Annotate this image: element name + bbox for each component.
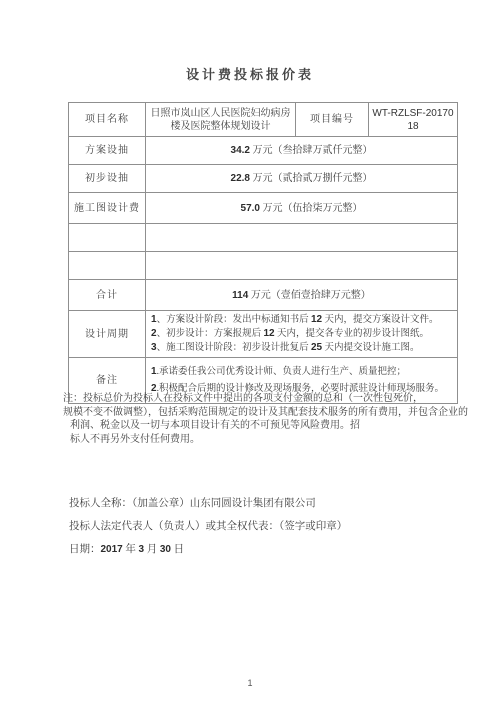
table-row-scheme-fee: 方案设抽 34.2 万元（叁拾肆万贰仟元整） (69, 137, 458, 165)
preliminary-fee-value: 22.8 万元（贰拾贰万捌仟元整） (146, 165, 458, 193)
period-line-2: 2、初步设计：方案报规后 12 天内，提交各专业的初步设计图纸。 (151, 327, 452, 341)
representative-line: 投标人法定代表人（负责人）或其全权代表：（签字或印章） (69, 515, 469, 538)
total-amount: 114 (232, 290, 248, 301)
project-name-label: 项目名称 (69, 103, 146, 137)
empty-cell-label-1 (69, 224, 146, 252)
table-row-empty-1 (69, 224, 458, 252)
note-paragraph: 注：投标总价为投标人在投标文件中提出的各项支付金额的总和（一次性包死价， 规模不… (63, 392, 483, 446)
project-number-code: WT-RZLSF-2017018 (372, 108, 453, 132)
period-line-2-post: 天内，提交各专业的初步设计图纸。 (275, 329, 429, 339)
page-number: 1 (0, 678, 500, 688)
period-line-3-days: 25 (311, 342, 322, 353)
table-row-construction-fee: 施工图设计费 57.0 万元（伍拾柒万元整） (69, 193, 458, 224)
page-title: 设计费投标报价表 (0, 64, 500, 83)
table-row-total: 合计 114 万元（壹佰壹拾肆万元整） (69, 280, 458, 311)
construction-fee-amount: 57.0 (241, 203, 260, 214)
scheme-fee-amount: 34.2 (231, 145, 250, 156)
date-year: 2017 (101, 544, 123, 555)
project-number-value: WT-RZLSF-2017018 (369, 103, 458, 137)
bidder-name-line: 投标人全称：（加盖公章）山东同圆设计集团有限公司 (69, 492, 469, 515)
table-row-empty-2 (69, 252, 458, 280)
table-row-design-period: 设计周期 1、方案设计阶段：发出中标通知书后 12 天内，提交方案设计文件。 2… (69, 311, 458, 358)
construction-fee-text: 万元（伍拾柒万元整） (262, 203, 362, 214)
date-year-unit: 年 (123, 544, 139, 555)
note-line-2: 规模不变不做调整），包括采购范围规定的设计及其配套技术服务的所有费用，并包含企业… (63, 406, 483, 420)
note-line-3: 利润、税金以及一切与本项目设计有关的不可预见等风险费用。招 (70, 419, 483, 433)
preliminary-fee-label: 初步设抽 (69, 165, 146, 193)
preliminary-fee-amount: 22.8 (231, 173, 250, 184)
date-day-unit: 日 (171, 544, 184, 555)
total-value: 114 万元（壹佰壹拾肆万元整） (146, 280, 458, 311)
preliminary-fee-text: 万元（贰拾贰万捌仟元整） (252, 173, 372, 184)
table-row-project: 项目名称 日照市岚山区人民医院妇幼病房楼及医院整体规划设计 项目编号 WT-RZ… (69, 103, 458, 137)
total-text: 万元（壹佰壹拾肆万元整） (251, 290, 371, 301)
empty-cell-value-2 (146, 252, 458, 280)
design-period-content: 1、方案设计阶段：发出中标通知书后 12 天内，提交方案设计文件。 2、初步设计… (146, 311, 458, 358)
total-label: 合计 (69, 280, 146, 311)
date-line: 日期：2017 年 3 月 30 日 (69, 538, 469, 561)
period-line-1-post: 天内，提交方案设计文件。 (322, 315, 438, 325)
remark-line-1-text: .承诺委任我公司优秀设计师、负责人进行生产、质量把控； (157, 367, 406, 377)
note-line-1: 注：投标总价为投标人在投标文件中提出的各项支付金额的总和（一次性包死价， (63, 392, 483, 406)
period-line-3: 3、施工图设计阶段：初步设计批复后 25 天内提交设计施工图。 (151, 341, 452, 355)
period-line-1-pre: 、方案设计阶段：发出中标通知书后 (157, 315, 311, 325)
construction-fee-label: 施工图设计费 (69, 193, 146, 224)
table-row-preliminary-fee: 初步设抽 22.8 万元（贰拾贰万捌仟元整） (69, 165, 458, 193)
scheme-fee-label: 方案设抽 (69, 137, 146, 165)
period-line-2-pre: 、初步设计：方案报规后 (157, 329, 264, 339)
signature-block: 投标人全称：（加盖公章）山东同圆设计集团有限公司 投标人法定代表人（负责人）或其… (69, 492, 469, 561)
document-page: { "theme": { "background": "#ffffff", "t… (0, 0, 500, 708)
construction-fee-value: 57.0 万元（伍拾柒万元整） (146, 193, 458, 224)
empty-cell-label-2 (69, 252, 146, 280)
scheme-fee-value: 34.2 万元（叁拾肆万贰仟元整） (146, 137, 458, 165)
project-number-label: 项目编号 (296, 103, 369, 137)
date-month-unit: 月 (144, 544, 160, 555)
period-line-3-pre: 、施工图设计阶段：初步设计批复后 (157, 343, 311, 353)
date-label: 日期： (69, 544, 101, 555)
scheme-fee-text: 万元（叁拾肆万贰仟元整） (252, 145, 372, 156)
period-line-3-post: 天内提交设计施工图。 (322, 343, 419, 353)
remark-line-1: 1.承诺委任我公司优秀设计师、负责人进行生产、质量把控； (151, 365, 452, 379)
project-name-value: 日照市岚山区人民医院妇幼病房楼及医院整体规划设计 (146, 103, 296, 137)
note-line-4: 标人不再另外支付任何费用。 (70, 433, 483, 447)
date-day: 30 (160, 544, 171, 555)
period-line-1: 1、方案设计阶段：发出中标通知书后 12 天内，提交方案设计文件。 (151, 313, 452, 327)
period-line-1-days: 12 (311, 314, 322, 325)
bid-price-table: 项目名称 日照市岚山区人民医院妇幼病房楼及医院整体规划设计 项目编号 WT-RZ… (68, 102, 458, 404)
period-line-2-days: 12 (263, 328, 274, 339)
design-period-label: 设计周期 (69, 311, 146, 358)
empty-cell-value-1 (146, 224, 458, 252)
